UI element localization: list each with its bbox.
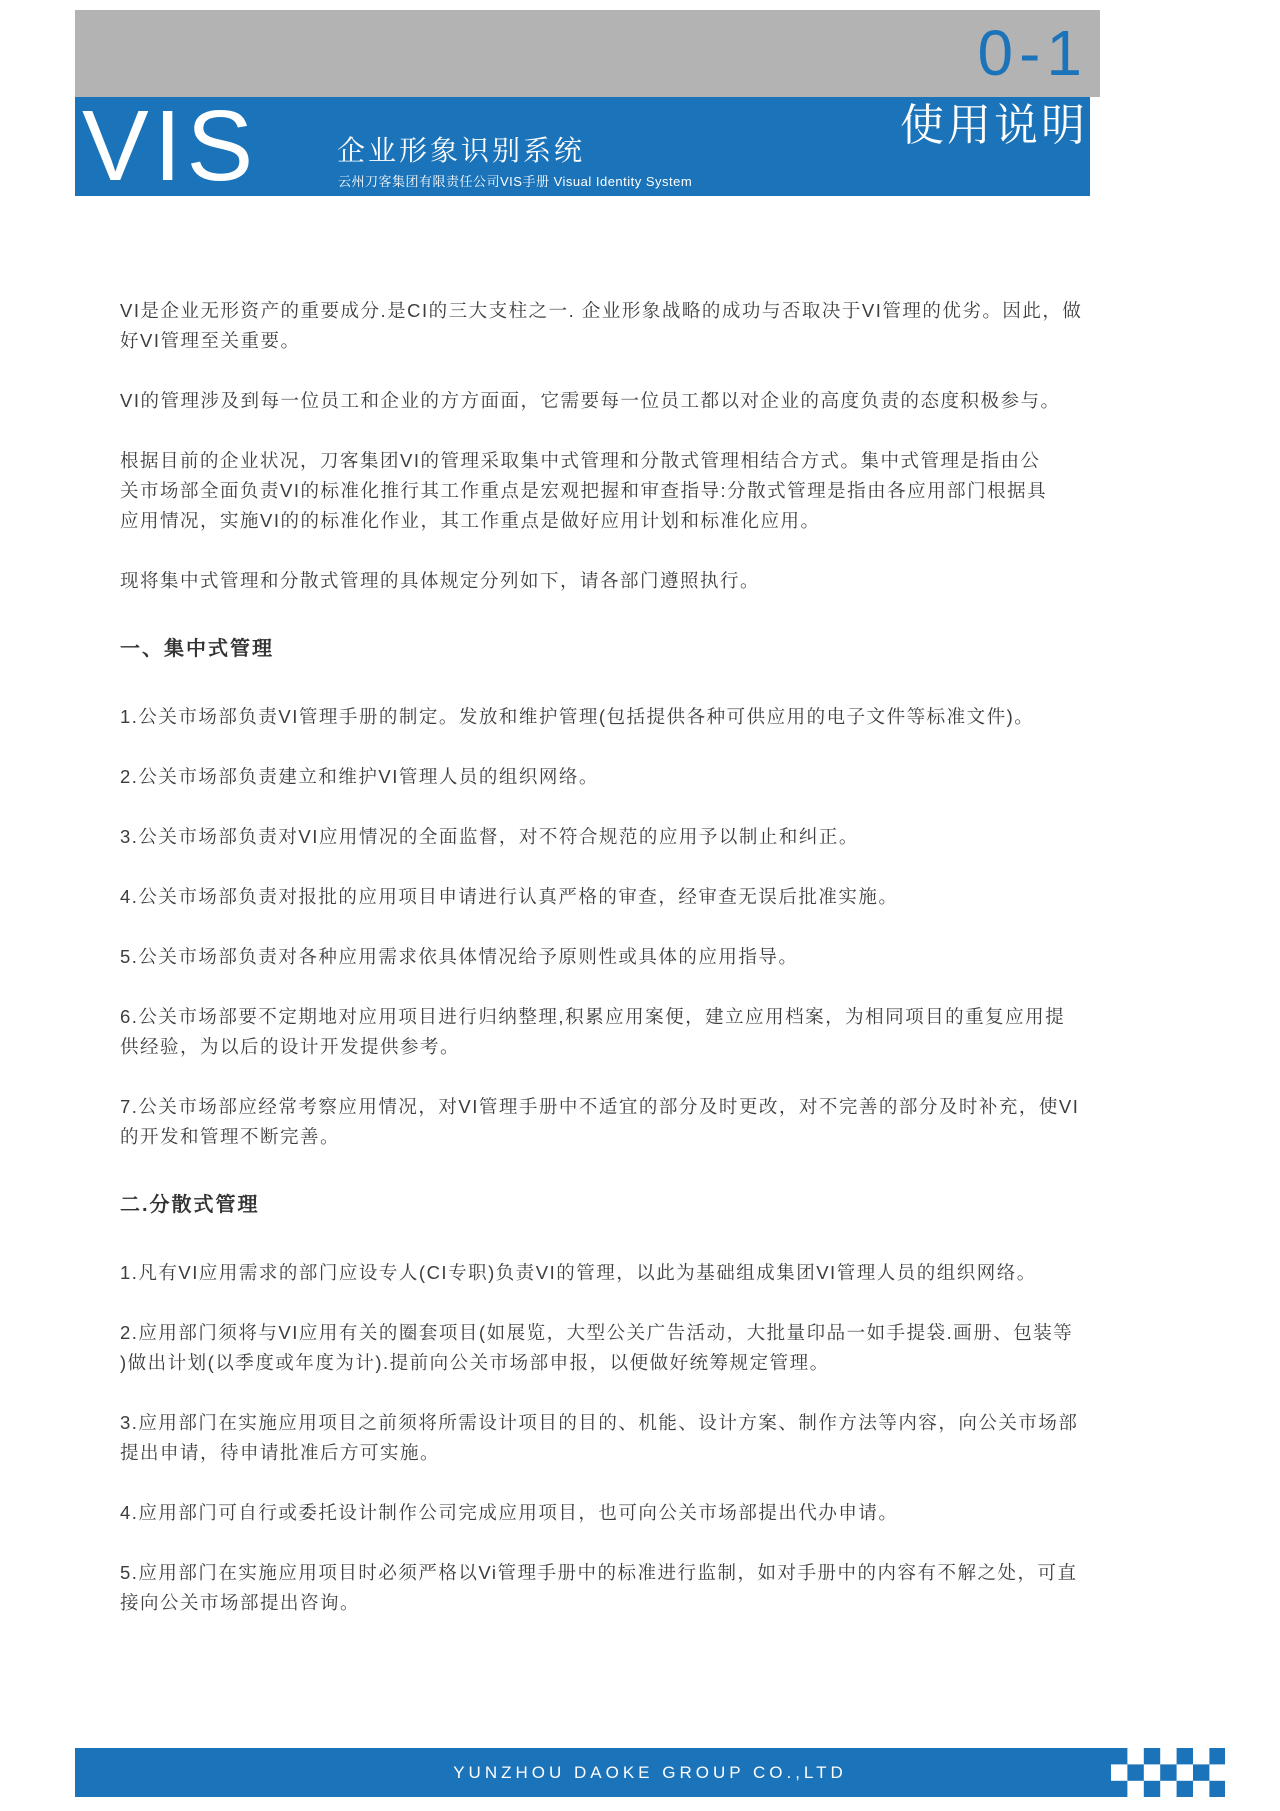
body-paragraph: 根据目前的企业状况，刀客集团VI的管理采取集中式管理和分散式管理相结合方式。集中… [120,446,1095,536]
body-text: VI是企业无形资产的重要成分.是CI的三大支柱之一. 企业形象战略的成功与否取决… [120,296,1095,1648]
body-paragraph: 现将集中式管理和分散式管理的具体规定分列如下，请各部门遵照执行。 [120,566,1095,596]
list-item-centralized-1: 1.公关市场部负责VI管理手册的制定。发放和维护管理(包括提供各种可供应用的电子… [120,702,1095,732]
list-item-decentralized-1: 1.凡有VI应用需求的部门应设专人(CI专职)负责VI的管理，以此为基础组成集团… [120,1258,1095,1288]
list-item-centralized-2: 2.公关市场部负责建立和维护VI管理人员的组织网络。 [120,762,1095,792]
vis-logo: VIS [82,98,258,194]
footer-bar: YUNZHOU DAOKE GROUP CO.,LTD [75,1748,1225,1797]
list-item-decentralized-3: 3.应用部门在实施应用项目之前须将所需设计项目的目的、机能、设计方案、制作方法等… [120,1408,1095,1468]
list-item-centralized-6: 6.公关市场部要不定期地对应用项目进行归纳整理,积累应用案便，建立应用档案，为相… [120,1002,1095,1062]
section-heading-decentralized: 二.分散式管理 [120,1190,1095,1220]
header-title: 企业形象识别系统 [337,136,585,166]
list-item-centralized-3: 3.公关市场部负责对VI应用情况的全面监督，对不符合规范的应用予以制止和纠正。 [120,822,1095,852]
list-item-decentralized-4: 4.应用部门可自行或委托设计制作公司完成应用项目，也可向公关市场部提出代办申请。 [120,1498,1095,1528]
list-item-decentralized-2: 2.应用部门须将与VI应用有关的圈套项目(如展览，大型公关广告活动，大批量印品一… [120,1318,1095,1378]
footer-checkerboard-decoration [1111,1748,1225,1797]
body-paragraph: VI的管理涉及到每一位员工和企业的方方面面，它需要每一位员工都以对企业的高度负责… [120,386,1095,416]
list-item-centralized-7: 7.公关市场部应经常考察应用情况，对VI管理手册中不适宜的部分及时更改，对不完善… [120,1092,1095,1152]
list-item-decentralized-5: 5.应用部门在实施应用项目时必须严格以Vi管理手册中的标准进行监制，如对手册中的… [120,1558,1095,1618]
header-subtitle: 云州刀客集团有限责任公司VIS手册 Visual Identity System [338,174,692,190]
section-title: 使用说明 [900,100,1088,152]
intro-paragraph: VI是企业无形资产的重要成分.是CI的三大支柱之一. 企业形象战略的成功与否取决… [120,296,1095,356]
section-heading-centralized: 一、集中式管理 [120,634,1095,664]
page-code: 0-1 [978,16,1089,90]
list-item-centralized-4: 4.公关市场部负责对报批的应用项目申请进行认真严格的审查，经审查无误后批准实施。 [120,882,1095,912]
footer-company-name: YUNZHOU DAOKE GROUP CO.,LTD [75,1748,1225,1797]
list-item-centralized-5: 5.公关市场部负责对各种应用需求依具体情况给予原则性或具体的应用指导。 [120,942,1095,972]
header-gray-bar [75,10,1100,97]
vi-manual-page: VIS 企业形象识别系统 云州刀客集团有限责任公司VIS手册 Visual Id… [0,0,1280,1811]
